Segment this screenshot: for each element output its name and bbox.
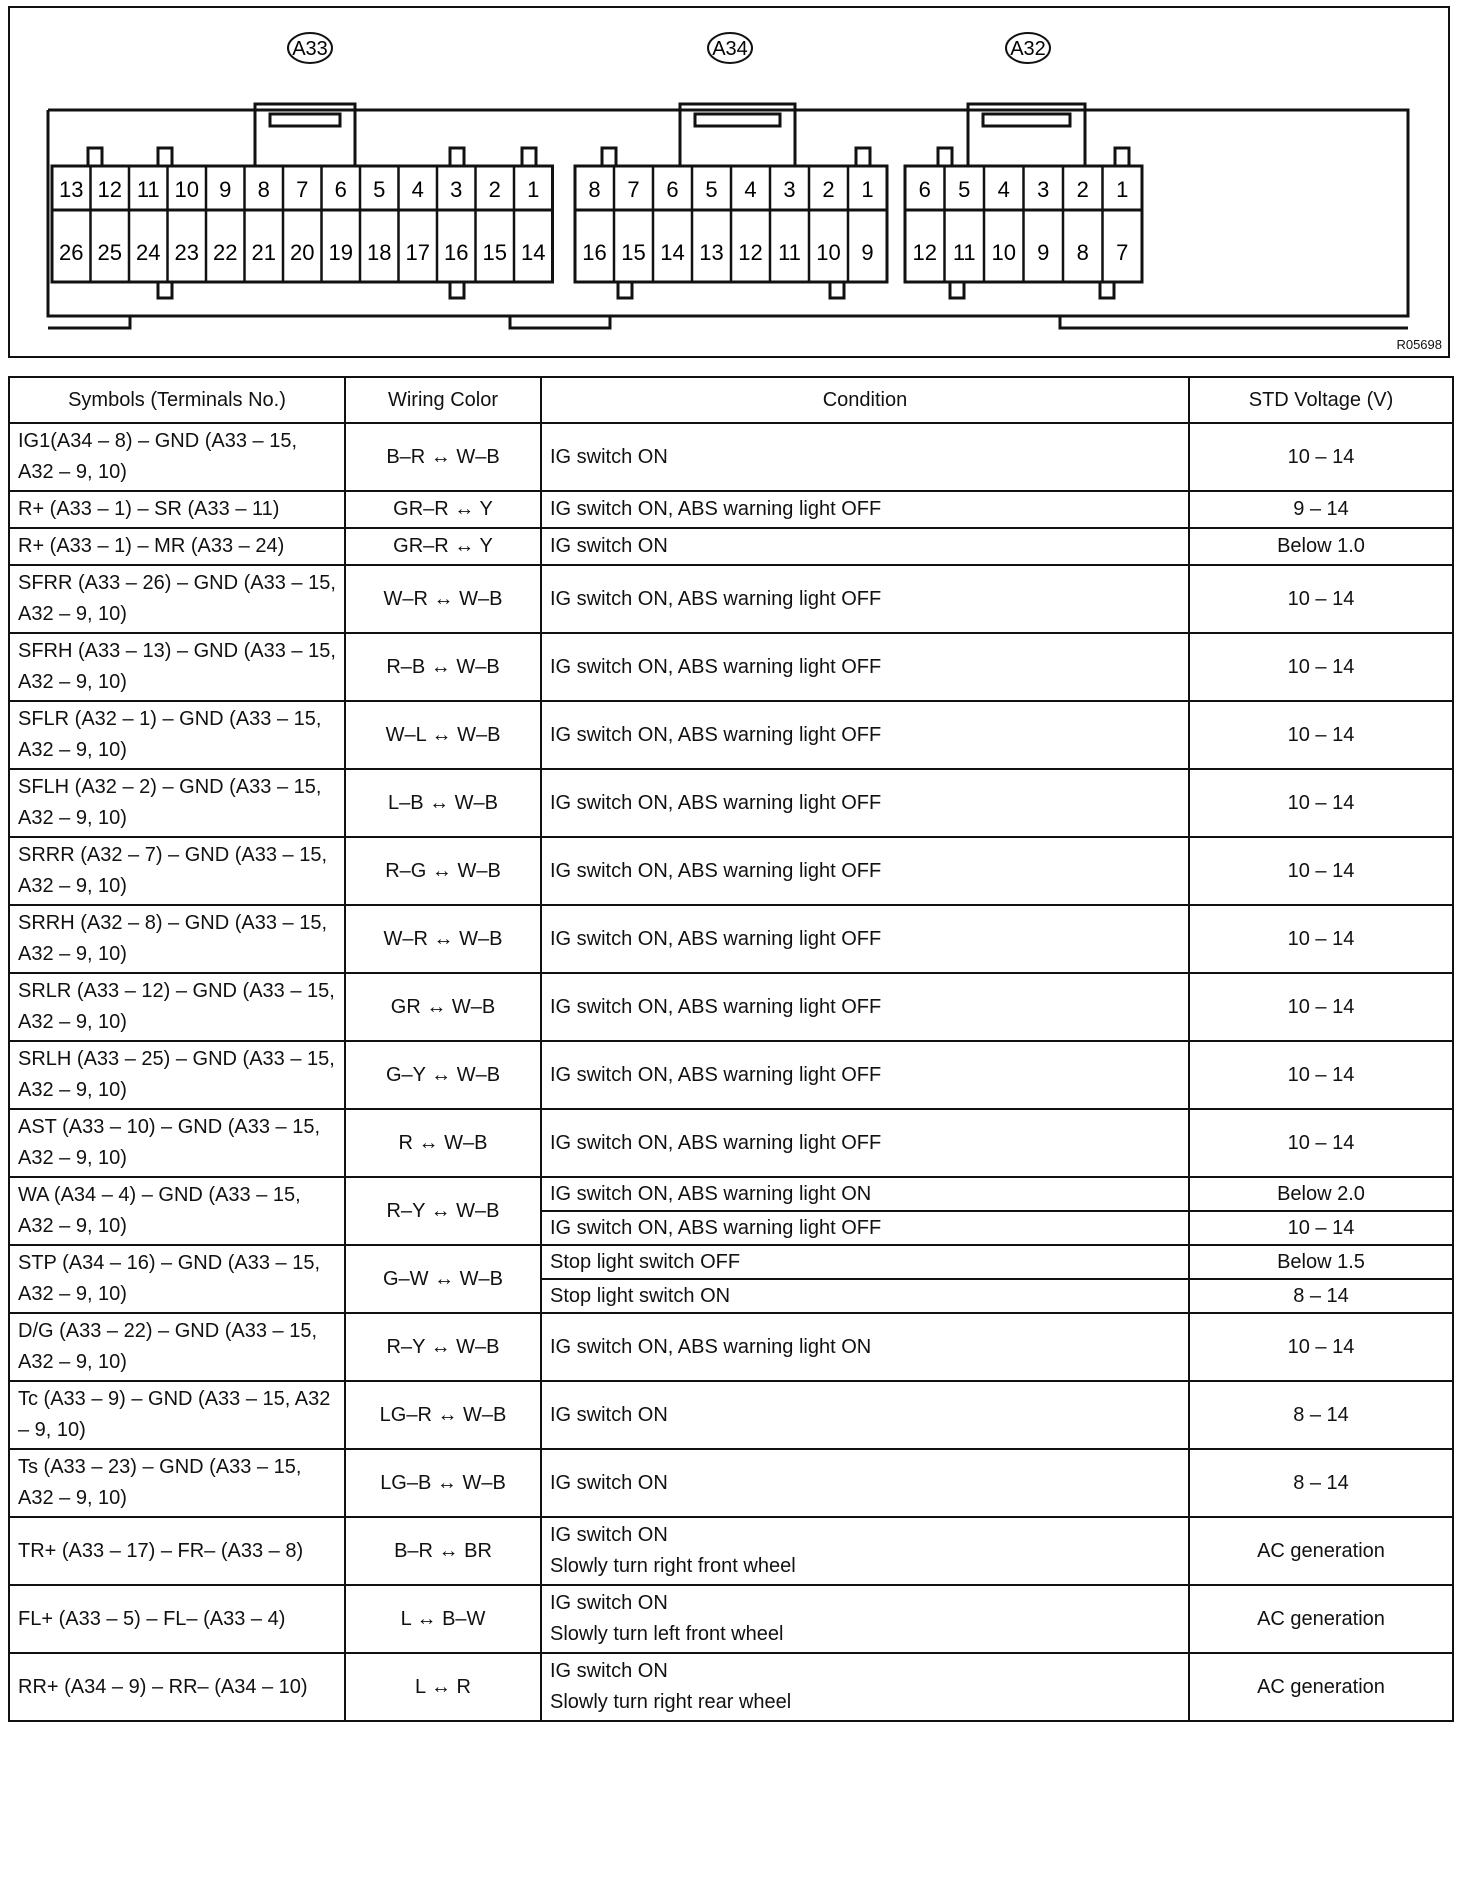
condition: IG switch ON, ABS warning light OFF [541,491,1189,528]
condition: IG switch ON, ABS warning light OFF [541,633,1189,701]
table-row: SRLR (A33 – 12) – GND (A33 – 15, A32 – 9… [9,973,1453,1041]
wiring-color: L ↔ R [345,1653,541,1721]
condition: IG switch ON [541,1449,1189,1517]
svg-text:A34: A34 [712,38,748,60]
condition: IG switch ON, ABS warning light OFF [541,1109,1189,1177]
connector-diagram: A331312111098765432126252423222120191817… [8,6,1450,358]
table-row: SRRR (A32 – 7) – GND (A33 – 15, A32 – 9,… [9,837,1453,905]
wiring-color: GR–R ↔ Y [345,528,541,565]
condition: IG switch ON, ABS warning light ON [541,1177,1189,1211]
wiring-color: G–W ↔ W–B [345,1245,541,1313]
svg-text:A32: A32 [1010,38,1046,60]
condition: IG switch ON Slowly turn right front whe… [541,1517,1189,1585]
std-voltage: 10 – 14 [1189,423,1453,491]
terminal-number: 12 [98,177,122,202]
std-voltage: 10 – 14 [1189,701,1453,769]
std-voltage: AC generation [1189,1653,1453,1721]
terminal-number: 21 [252,240,276,265]
terminal-number: 6 [335,177,347,202]
terminal-number: 19 [329,240,353,265]
std-voltage: 10 – 14 [1189,973,1453,1041]
std-voltage: 8 – 14 [1189,1279,1453,1313]
terminal-number: 14 [521,240,545,265]
table-row: WA (A34 – 4) – GND (A33 – 15, A32 – 9, 1… [9,1177,1453,1211]
table-row: D/G (A33 – 22) – GND (A33 – 15, A32 – 9,… [9,1313,1453,1381]
std-voltage: 10 – 14 [1189,1313,1453,1381]
table-header-row: Symbols (Terminals No.) Wiring Color Con… [9,377,1453,423]
terminal-symbols: Ts (A33 – 23) – GND (A33 – 15, A32 – 9, … [9,1449,345,1517]
condition: IG switch ON, ABS warning light OFF [541,565,1189,633]
condition: IG switch ON, ABS warning light OFF [541,1041,1189,1109]
std-voltage: 8 – 14 [1189,1381,1453,1449]
terminal-number: 14 [660,240,684,265]
condition: IG switch ON, ABS warning light ON [541,1313,1189,1381]
terminal-number: 10 [992,240,1016,265]
terminal-symbols: SRLR (A33 – 12) – GND (A33 – 15, A32 – 9… [9,973,345,1041]
std-voltage: 10 – 14 [1189,769,1453,837]
std-voltage: 9 – 14 [1189,491,1453,528]
condition: IG switch ON, ABS warning light OFF [541,1211,1189,1245]
terminal-number: 9 [219,177,231,202]
terminal-voltage-table: Symbols (Terminals No.) Wiring Color Con… [8,376,1454,1722]
table-row: STP (A34 – 16) – GND (A33 – 15, A32 – 9,… [9,1245,1453,1279]
table-row: IG1(A34 – 8) – GND (A33 – 15, A32 – 9, 1… [9,423,1453,491]
terminal-symbols: TR+ (A33 – 17) – FR– (A33 – 8) [9,1517,345,1585]
std-voltage: 10 – 14 [1189,565,1453,633]
terminal-number: 2 [822,177,834,202]
terminal-symbols: SRRR (A32 – 7) – GND (A33 – 15, A32 – 9,… [9,837,345,905]
wiring-color: GR–R ↔ Y [345,491,541,528]
terminal-number: 2 [489,177,501,202]
condition: IG switch ON, ABS warning light OFF [541,701,1189,769]
terminal-number: 15 [483,240,507,265]
condition: IG switch ON, ABS warning light OFF [541,837,1189,905]
terminal-number: 24 [136,240,160,265]
condition: IG switch ON [541,1381,1189,1449]
connector-a34: A3487654321161514131211109 [575,33,887,298]
terminal-number: 9 [861,240,873,265]
terminal-number: 26 [59,240,83,265]
header-condition: Condition [541,377,1189,423]
terminal-number: 2 [1077,177,1089,202]
wiring-color: GR ↔ W–B [345,973,541,1041]
terminal-number: 12 [913,240,937,265]
table-row: AST (A33 – 10) – GND (A33 – 15, A32 – 9,… [9,1109,1453,1177]
terminal-symbols: SRLH (A33 – 25) – GND (A33 – 15, A32 – 9… [9,1041,345,1109]
wiring-color: W–R ↔ W–B [345,565,541,633]
table-row: SFLH (A32 – 2) – GND (A33 – 15, A32 – 9,… [9,769,1453,837]
terminal-symbols: R+ (A33 – 1) – MR (A33 – 24) [9,528,345,565]
terminal-number: 4 [412,177,424,202]
terminal-number: 4 [998,177,1010,202]
terminal-symbols: RR+ (A34 – 9) – RR– (A34 – 10) [9,1653,345,1721]
std-voltage: 10 – 14 [1189,837,1453,905]
terminal-number: 12 [738,240,762,265]
terminal-number: 20 [290,240,314,265]
terminal-number: 6 [919,177,931,202]
condition: IG switch ON [541,423,1189,491]
terminal-symbols: STP (A34 – 16) – GND (A33 – 15, A32 – 9,… [9,1245,345,1313]
terminal-number: 5 [958,177,970,202]
header-wiring-color: Wiring Color [345,377,541,423]
terminal-symbols: SFLH (A32 – 2) – GND (A33 – 15, A32 – 9,… [9,769,345,837]
wiring-color: R–G ↔ W–B [345,837,541,905]
header-std-voltage: STD Voltage (V) [1189,377,1453,423]
wiring-color: R ↔ W–B [345,1109,541,1177]
terminal-number: 9 [1037,240,1049,265]
terminal-symbols: SFRR (A33 – 26) – GND (A33 – 15, A32 – 9… [9,565,345,633]
table-row: SRLH (A33 – 25) – GND (A33 – 15, A32 – 9… [9,1041,1453,1109]
table-row: Ts (A33 – 23) – GND (A33 – 15, A32 – 9, … [9,1449,1453,1517]
terminal-symbols: D/G (A33 – 22) – GND (A33 – 15, A32 – 9,… [9,1313,345,1381]
std-voltage: 10 – 14 [1189,1041,1453,1109]
terminal-symbols: R+ (A33 – 1) – SR (A33 – 11) [9,491,345,528]
table-row: FL+ (A33 – 5) – FL– (A33 – 4)L ↔ B–WIG s… [9,1585,1453,1653]
std-voltage: AC generation [1189,1585,1453,1653]
terminal-number: 18 [367,240,391,265]
terminal-number: 1 [1116,177,1128,202]
std-voltage: 10 – 14 [1189,1109,1453,1177]
std-voltage: 10 – 14 [1189,1211,1453,1245]
wiring-color: B–R ↔ BR [345,1517,541,1585]
header-symbols: Symbols (Terminals No.) [9,377,345,423]
std-voltage: Below 1.5 [1189,1245,1453,1279]
table-row: SFLR (A32 – 1) – GND (A33 – 15, A32 – 9,… [9,701,1453,769]
terminal-number: 10 [175,177,199,202]
terminal-number: 23 [175,240,199,265]
std-voltage: 8 – 14 [1189,1449,1453,1517]
wiring-color: L–B ↔ W–B [345,769,541,837]
figure-reference-code: R05698 [1396,337,1442,352]
terminal-number: 7 [1116,240,1128,265]
connector-drawing: A331312111098765432126252423222120191817… [10,8,1448,356]
condition: IG switch ON, ABS warning light OFF [541,769,1189,837]
wiring-color: B–R ↔ W–B [345,423,541,491]
svg-text:A33: A33 [292,38,328,60]
terminal-symbols: Tc (A33 – 9) – GND (A33 – 15, A32 – 9, 1… [9,1381,345,1449]
wiring-color: R–Y ↔ W–B [345,1313,541,1381]
terminal-symbols: FL+ (A33 – 5) – FL– (A33 – 4) [9,1585,345,1653]
terminal-number: 3 [783,177,795,202]
terminal-number: 4 [744,177,756,202]
wiring-color: G–Y ↔ W–B [345,1041,541,1109]
terminal-number: 13 [59,177,83,202]
terminal-number: 11 [953,240,976,265]
table-row: R+ (A33 – 1) – MR (A33 – 24)GR–R ↔ YIG s… [9,528,1453,565]
terminal-symbols: AST (A33 – 10) – GND (A33 – 15, A32 – 9,… [9,1109,345,1177]
terminal-number: 13 [699,240,723,265]
terminal-number: 3 [450,177,462,202]
terminal-symbols: IG1(A34 – 8) – GND (A33 – 15, A32 – 9, 1… [9,423,345,491]
terminal-number: 16 [444,240,468,265]
terminal-number: 17 [406,240,430,265]
terminal-number: 8 [588,177,600,202]
table-row: RR+ (A34 – 9) – RR– (A34 – 10)L ↔ RIG sw… [9,1653,1453,1721]
table-row: R+ (A33 – 1) – SR (A33 – 11)GR–R ↔ YIG s… [9,491,1453,528]
wiring-color: LG–B ↔ W–B [345,1449,541,1517]
terminal-symbols: SFLR (A32 – 1) – GND (A33 – 15, A32 – 9,… [9,701,345,769]
terminal-number: 10 [816,240,840,265]
table-row: Tc (A33 – 9) – GND (A33 – 15, A32 – 9, 1… [9,1381,1453,1449]
terminal-symbols: SFRH (A33 – 13) – GND (A33 – 15, A32 – 9… [9,633,345,701]
condition: IG switch ON Slowly turn left front whee… [541,1585,1189,1653]
terminal-number: 11 [778,240,801,265]
terminal-number: 8 [258,177,270,202]
table-row: SRRH (A32 – 8) – GND (A33 – 15, A32 – 9,… [9,905,1453,973]
condition: IG switch ON Slowly turn right rear whee… [541,1653,1189,1721]
std-voltage: AC generation [1189,1517,1453,1585]
terminal-number: 16 [582,240,606,265]
wiring-color: W–R ↔ W–B [345,905,541,973]
terminal-number: 7 [296,177,308,202]
wiring-color: R–Y ↔ W–B [345,1177,541,1245]
terminal-symbols: WA (A34 – 4) – GND (A33 – 15, A32 – 9, 1… [9,1177,345,1245]
std-voltage: 10 – 14 [1189,633,1453,701]
terminal-number: 15 [621,240,645,265]
terminal-number: 1 [527,177,539,202]
condition: IG switch ON [541,528,1189,565]
condition: Stop light switch OFF [541,1245,1189,1279]
terminal-number: 1 [861,177,873,202]
wiring-color: R–B ↔ W–B [345,633,541,701]
std-voltage: 10 – 14 [1189,905,1453,973]
table-row: TR+ (A33 – 17) – FR– (A33 – 8)B–R ↔ BRIG… [9,1517,1453,1585]
terminal-number: 25 [98,240,122,265]
table-row: SFRR (A33 – 26) – GND (A33 – 15, A32 – 9… [9,565,1453,633]
terminal-symbols: SRRH (A32 – 8) – GND (A33 – 15, A32 – 9,… [9,905,345,973]
wiring-color: L ↔ B–W [345,1585,541,1653]
terminal-number: 5 [705,177,717,202]
terminal-number: 11 [137,177,160,202]
terminal-number: 6 [666,177,678,202]
terminal-number: 7 [627,177,639,202]
terminal-number: 5 [373,177,385,202]
terminal-number: 22 [213,240,237,265]
terminal-number: 8 [1077,240,1089,265]
wiring-color: W–L ↔ W–B [345,701,541,769]
connector-a33: A331312111098765432126252423222120191817… [52,33,553,298]
connector-a32: A32654321121110987 [905,33,1142,298]
std-voltage: Below 2.0 [1189,1177,1453,1211]
wiring-color: LG–R ↔ W–B [345,1381,541,1449]
condition: IG switch ON, ABS warning light OFF [541,973,1189,1041]
table-row: SFRH (A33 – 13) – GND (A33 – 15, A32 – 9… [9,633,1453,701]
condition: IG switch ON, ABS warning light OFF [541,905,1189,973]
condition: Stop light switch ON [541,1279,1189,1313]
terminal-number: 3 [1037,177,1049,202]
std-voltage: Below 1.0 [1189,528,1453,565]
